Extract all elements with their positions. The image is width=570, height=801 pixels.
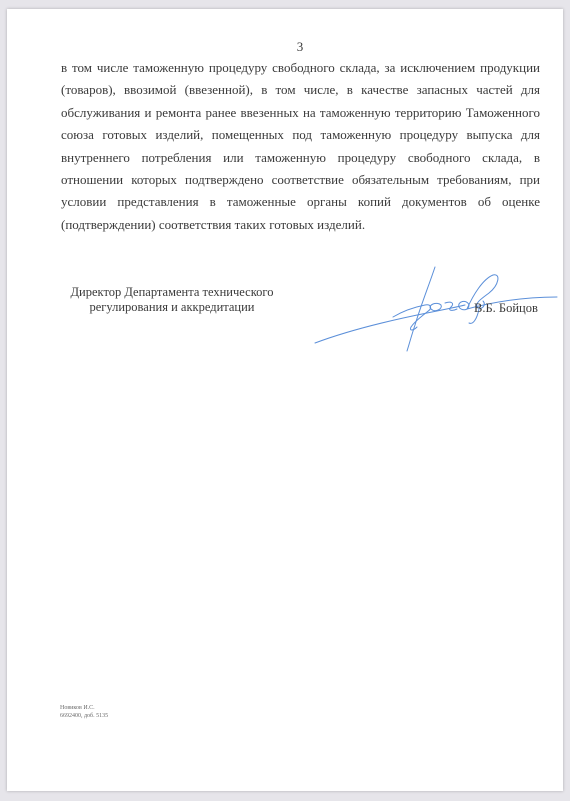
page-number: 3 <box>7 39 570 55</box>
body-line: союза готовых изделий, помещенных под та… <box>61 124 540 146</box>
body-line: условии представления в таможенные орган… <box>61 191 540 213</box>
body-line: обслуживания и ремонта ранее ввезенных н… <box>61 102 540 124</box>
body-line: в том числе таможенную процедуру свободн… <box>61 57 540 79</box>
signatory-title-line: регулирования и аккредитации <box>52 300 292 315</box>
body-line: отношении которых подтверждено соответст… <box>61 169 540 191</box>
body-line: (товаров), ввозимой (ввезенной), в том ч… <box>61 79 540 101</box>
body-paragraph: в том числе таможенную процедуру свободн… <box>61 57 540 236</box>
body-line: (подтверждении) соответствия таких готов… <box>61 214 540 236</box>
signatory-name: В.Б. Бойцов <box>474 301 538 316</box>
signatory-title: Директор Департамента технического регул… <box>52 285 292 315</box>
document-page: 3 в том числе таможенную процедуру свобо… <box>7 9 563 791</box>
executor-name: Новиков И.С. <box>60 704 108 712</box>
signatory-title-line: Директор Департамента технического <box>52 285 292 300</box>
executor-note: Новиков И.С. 6692400, доб. 5135 <box>60 704 108 720</box>
body-line: внутреннего потребления или таможенную п… <box>61 147 540 169</box>
executor-phone: 6692400, доб. 5135 <box>60 712 108 720</box>
